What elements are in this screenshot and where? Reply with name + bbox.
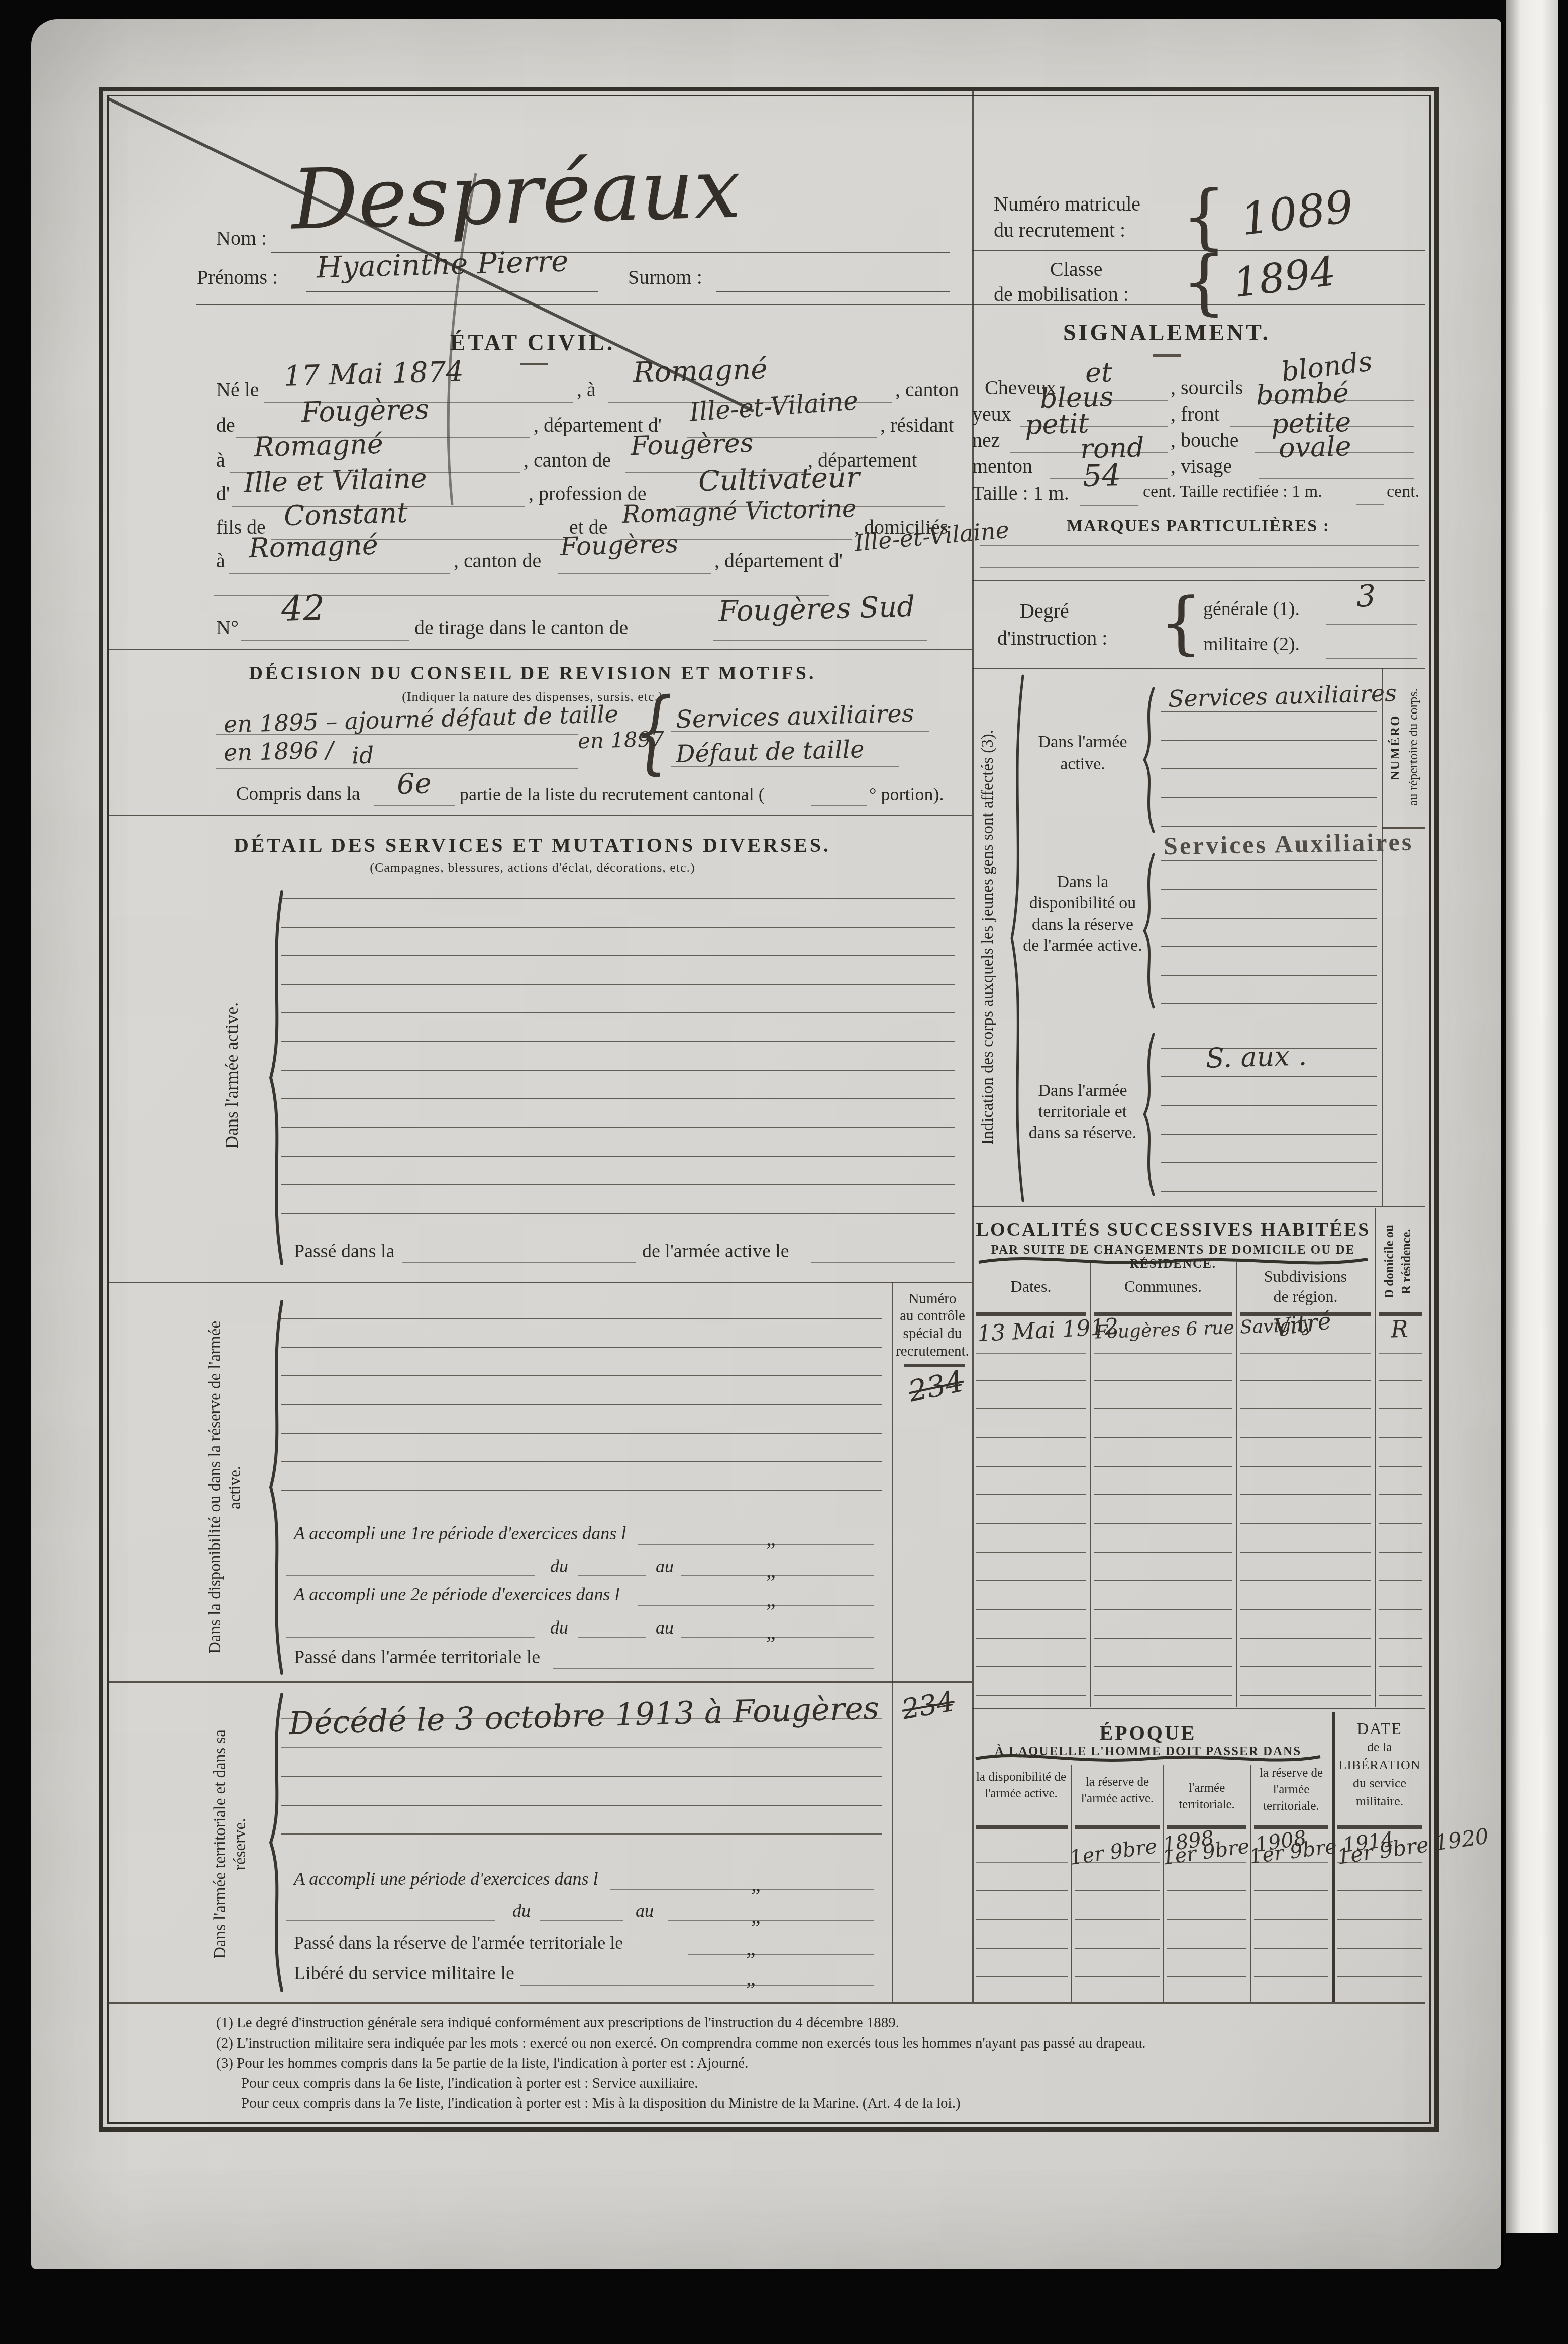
surnom-underline: [716, 291, 950, 292]
decision-title: DÉCISION DU CONSEIL DE REVISION ET MOTIF…: [181, 662, 884, 684]
footnote-1: (1) Le degré d'instruction générale sera…: [216, 2015, 899, 2031]
epoque-empty-rows: [1337, 1863, 1422, 1993]
degre-brace: {: [1160, 589, 1203, 657]
underline: [216, 734, 578, 735]
corps-side-label: Indication des corps auxquels les jeunes…: [979, 676, 997, 1198]
canton-domicile-handwritten: Fougères: [560, 529, 678, 561]
departement-residence-handwritten: Ille et Vilaine: [243, 462, 427, 499]
signalement-title-rule: [1153, 354, 1181, 357]
underline: [688, 1954, 874, 1955]
divider-footnotes: [108, 2002, 1425, 2004]
epoque-empty-rows: [1167, 1863, 1246, 1993]
underline: [1326, 658, 1417, 659]
underline: [671, 731, 929, 732]
col-header-subdivisions-1: Subdivisions: [1240, 1267, 1371, 1286]
ruled-lines-disponibilite: [281, 1290, 882, 1491]
periode3-label: A accompli une période d'exercices dans …: [294, 1868, 598, 1889]
controle-header-l2: au contrôle: [895, 1308, 970, 1324]
au-label: au: [656, 1617, 674, 1638]
canton-de-label: , canton de: [524, 448, 611, 472]
numero-repertoire-tick: [1382, 827, 1425, 829]
epoque-empty-rows: [1254, 1863, 1328, 1993]
localites-empty-rows: [1379, 1352, 1422, 1706]
du-label: du: [550, 1617, 568, 1638]
etat-civil-title-rule: [520, 363, 548, 365]
taille-value-handwritten: 54: [1082, 458, 1121, 494]
underline: [1326, 624, 1417, 625]
ditto-mark: „: [766, 1620, 776, 1644]
localite-dr-handwritten: R: [1390, 1315, 1408, 1343]
date-naissance-handwritten: 17 Mai 1874: [283, 355, 464, 392]
decision-1896-id-handwritten: id: [351, 741, 374, 769]
marques-label: MARQUES PARTICULIÈRES :: [972, 517, 1424, 536]
periode1-label: A accompli une 1re période d'exercices d…: [294, 1522, 626, 1544]
main-column-divider: [972, 87, 974, 2002]
detail-title: DÉTAIL DES SERVICES ET MUTATIONS DIVERSE…: [181, 833, 884, 857]
divider-disponibilite-territoriale: [108, 1681, 972, 1683]
underline: [713, 640, 927, 641]
instruction-generale-value-handwritten: 3: [1356, 579, 1376, 615]
corps-disponibilite-label: Dans la disponibilité ou dans la réserve…: [1022, 872, 1143, 956]
menton-label: menton: [972, 454, 1032, 478]
visage-value-handwritten: ovale: [1278, 430, 1351, 464]
footnote-5: Pour ceux compris dans la 7e liste, l'in…: [241, 2095, 961, 2112]
numero-tirage-handwritten: 42: [281, 588, 326, 629]
side-label-disponibilite: Dans la disponibilité ou dans la réserve…: [205, 1301, 245, 1673]
underline: [229, 573, 450, 574]
date-liberation-header-1: DATE: [1336, 1719, 1423, 1738]
divider-active-disponibilite: [108, 1282, 972, 1283]
underline: [286, 1920, 495, 1921]
passe-reserve-territoriale-label: Passé dans la réserve de l'armée territo…: [294, 1932, 623, 1953]
de-label: de: [216, 413, 235, 437]
col-header-domicile: D domicile ou: [1383, 1210, 1397, 1313]
decision-brace: {: [634, 687, 672, 778]
ditto-mark: „: [751, 1904, 761, 1928]
underline: [1356, 504, 1384, 505]
instruction-militaire-label: militaire (2).: [1203, 633, 1300, 655]
underline: [281, 1718, 882, 1719]
periode2-label: A accompli une 2e période d'exercices da…: [294, 1584, 620, 1605]
numero-repertoire-label-1: NUMÉRO: [1388, 676, 1403, 819]
side-label-territoriale: Dans l'armée territoriale et dans sa rés…: [210, 1703, 250, 1985]
underline: [681, 1575, 874, 1576]
underline: [638, 1605, 874, 1606]
col-header-dates: Dates.: [976, 1277, 1086, 1296]
underline: [1259, 478, 1414, 479]
date-liberation-header-3: LIBÉRATION: [1336, 1758, 1423, 1773]
du-label: du: [512, 1900, 531, 1921]
ditto-mark: „: [766, 1526, 776, 1551]
residant-label: , résidant: [880, 413, 954, 437]
numero-repertoire-divider: [1382, 668, 1383, 1206]
a-label: , à: [577, 378, 596, 401]
underline: [558, 573, 711, 574]
underline: [553, 1668, 874, 1669]
underline: [578, 1575, 646, 1576]
footnote-2: (2) L'instruction militaire sera indiqué…: [216, 2035, 1146, 2052]
underline: [402, 1262, 636, 1263]
epoque-col1-header: la disponibilité de l'armée active.: [975, 1769, 1068, 1802]
ditto-mark: „: [746, 1966, 756, 1990]
underline: [374, 805, 455, 806]
libere-label: Libéré du service militaire le: [294, 1962, 514, 1984]
canton-residence-handwritten: Fougères: [630, 428, 754, 461]
profession-handwritten: Cultivateur: [698, 461, 860, 498]
ditto-mark: „: [746, 1936, 756, 1960]
yeux-label: yeux: [972, 402, 1011, 426]
underline: [286, 1575, 535, 1576]
epoque-col2-header: la réserve de l'armée active.: [1075, 1774, 1160, 1807]
nez-label: nez: [972, 428, 1000, 452]
header-rule: [1075, 1825, 1160, 1829]
epoque-col3-header: l'armée territoriale.: [1167, 1780, 1246, 1813]
compris-label: Compris dans la: [236, 783, 360, 805]
footnote-4: Pour ceux compris dans la 6e liste, l'in…: [241, 2075, 698, 2092]
canton-naissance-handwritten: Fougères: [301, 393, 429, 429]
blank-line: [980, 545, 1419, 546]
localites-empty-rows: [1094, 1352, 1232, 1706]
ne-le-label: Né le: [216, 378, 259, 401]
side-label-armee-active: Dans l'armée active.: [221, 899, 242, 1251]
localites-title: LOCALITÉS SUCCESSIVES HABITÉES: [975, 1218, 1372, 1241]
ruled-lines-territoriale: [281, 1749, 882, 1837]
decision-1896-handwritten: en 1896 /: [223, 736, 334, 766]
date-liberation-header-5: militaire.: [1336, 1794, 1423, 1809]
epoque-empty-rows: [976, 1863, 1068, 1993]
a-residence-label: à: [216, 448, 225, 472]
scanned-military-register-page: Nom : Despréaux Prénoms : Hyacinthe Pier…: [0, 0, 1568, 2344]
epoque-title: ÉPOQUE: [972, 1721, 1324, 1745]
numero-repertoire-label-2: au répertoire du corps.: [1406, 676, 1421, 819]
cent-label: cent.: [1387, 482, 1419, 501]
underline: [811, 805, 867, 806]
localites-empty-rows: [976, 1352, 1086, 1706]
services-auxiliaires-stamp: Services Auxiliaires: [1164, 827, 1414, 861]
controle-header-l4: recrutement.: [895, 1343, 970, 1360]
corps-territoriale-label: Dans l'armée territoriale et dans sa rés…: [1022, 1080, 1143, 1144]
compris-suite-label: partie de la liste du recrutement canton…: [460, 784, 765, 805]
underline: [811, 1262, 955, 1263]
au-label: au: [656, 1556, 674, 1577]
localites-col-divider: [1375, 1208, 1376, 1707]
matricule-label-line1: Numéro matricule: [994, 192, 1140, 216]
underline: [241, 640, 409, 641]
epoque-col-divider: [1163, 1765, 1164, 2002]
blank-line: [980, 567, 1419, 568]
underline: [1080, 505, 1138, 506]
commune-residence-handwritten: Romagné: [253, 428, 383, 463]
underline: [668, 1920, 874, 1921]
commune-domicile-handwritten: Romagné: [248, 529, 378, 564]
degre-label-line1: Degré: [1020, 599, 1069, 623]
canton-tirage-handwritten: Fougères Sud: [718, 590, 915, 628]
underline: [578, 1637, 646, 1638]
du-label: du: [550, 1556, 568, 1577]
passe-territoriale-label: Passé dans l'armée territoriale le: [294, 1646, 540, 1668]
front-label: , front: [1171, 402, 1220, 426]
localites-empty-rows: [1240, 1352, 1371, 1706]
underline: [681, 1637, 874, 1638]
a-domicile-label: à: [216, 549, 225, 572]
ruled-lines-armee-active: [281, 870, 955, 1215]
prenoms-label: Prénoms :: [197, 265, 278, 289]
prenoms-value-handwritten: Hyacinthe Pierre: [316, 244, 569, 284]
matricule-label-line2: du recrutement :: [994, 218, 1125, 242]
corps-active-label: Dans l'armée active.: [1022, 731, 1143, 775]
nom-value-handwritten: Despréaux: [290, 140, 742, 248]
au-label: au: [636, 1900, 654, 1921]
de-armee-active-le-label: de l'armée active le: [642, 1240, 789, 1262]
ditto-mark: „: [766, 1588, 776, 1612]
visage-label: , visage: [1171, 454, 1232, 478]
divider-localites-epoque: [972, 1708, 1425, 1709]
instruction-generale-label: générale (1).: [1203, 598, 1300, 620]
classe-label-line1: Classe: [1050, 257, 1102, 281]
nom-label: Nom :: [216, 226, 267, 250]
etat-civil-title: ÉTAT CIVIL.: [332, 329, 734, 356]
divider-corps-localites: [972, 1206, 1425, 1207]
sourcils-label: , sourcils: [1171, 376, 1243, 399]
controle-header-l3: spécial du: [895, 1326, 970, 1342]
underline: [638, 1544, 874, 1545]
canton-de2-label: , canton de: [454, 549, 541, 572]
epoque-empty-rows: [1075, 1863, 1160, 1993]
dec-1897-defaut-handwritten: Défaut de taille: [675, 735, 865, 768]
underline: [671, 766, 899, 767]
col-header-communes: Communes.: [1094, 1277, 1232, 1296]
date-liberation-header-4: du service: [1336, 1776, 1423, 1791]
controle-header-l1: Numéro: [895, 1290, 970, 1308]
footnote-3: (3) Pour les hommes compris dans la 5e p…: [216, 2055, 748, 2072]
ditto-mark: „: [766, 1559, 776, 1583]
divider-decision-detail: [108, 815, 972, 816]
col-header-subdivisions-2: de région.: [1240, 1287, 1371, 1306]
classe-brace: {: [1182, 247, 1226, 318]
underline: [286, 1637, 535, 1638]
header-rule: [1337, 1825, 1422, 1829]
d-label: d': [216, 482, 230, 505]
signalement-title: SIGNALEMENT.: [972, 319, 1362, 346]
compris-value-handwritten: 6e: [396, 767, 432, 801]
pere-handwritten: Constant: [283, 497, 408, 532]
ditto-mark: „: [751, 1872, 761, 1896]
date-liberation-header-2: de la: [1336, 1740, 1423, 1755]
bouche-label: , bouche: [1171, 428, 1239, 452]
taille-rectifiee-label: cent. Taille rectifiée : 1 m.: [1143, 482, 1322, 501]
prenoms-underline: [306, 291, 598, 292]
underline: [610, 1889, 874, 1890]
tirage-texte-label: de tirage dans le canton de: [414, 616, 628, 639]
portion-suffix-label: ° portion).: [869, 784, 944, 805]
departement-d2-label: , département d': [714, 549, 843, 572]
divider-instruction: [972, 668, 1425, 669]
surnom-label: Surnom :: [628, 265, 702, 289]
col-header-residence: R résidence.: [1400, 1210, 1414, 1313]
numero-tirage-label: N°: [216, 616, 239, 639]
classe-label-line2: de mobilisation :: [994, 282, 1129, 306]
epoque-col-divider: [1250, 1765, 1251, 2002]
header-rule: [976, 1825, 1068, 1829]
canton-suffix-label: , canton: [895, 378, 959, 401]
adjacent-page-edge: [1506, 0, 1558, 2233]
underline: [540, 1920, 623, 1921]
commune-naissance-handwritten: Romagné: [633, 353, 768, 389]
degre-label-line2: d'instruction :: [997, 626, 1107, 650]
epoque-col4-header: la réserve de l'armée territoriale.: [1254, 1765, 1328, 1814]
underline: [520, 1985, 874, 1986]
corps-territoriale-value-handwritten: S. aux .: [1205, 1040, 1307, 1074]
epoque-subtitle: À LAQUELLE L'HOMME DOIT PASSER DANS: [972, 1745, 1324, 1759]
taille-label: Taille : 1 m.: [972, 481, 1069, 505]
controle-column-divider: [892, 1282, 893, 2002]
divider-etatcivil-decision: [108, 649, 972, 650]
epoque-col-divider: [1071, 1765, 1072, 2002]
underline: [281, 1747, 882, 1748]
passe-dans-la-label: Passé dans la: [294, 1240, 395, 1262]
